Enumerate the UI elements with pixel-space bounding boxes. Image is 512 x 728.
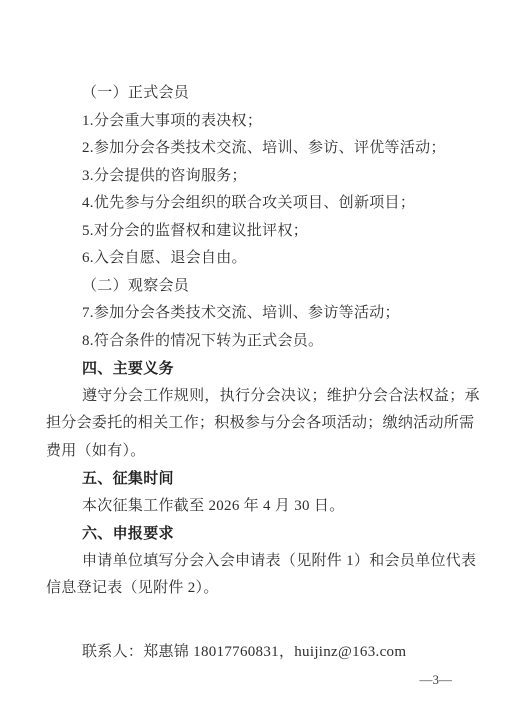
paragraph-line: 担分会委托的相关工作；积极参与分会各项活动；缴纳活动所需 — [46, 410, 466, 438]
contact-line: 联系人：郑惠锦 18017760831，huijinz@163.com — [46, 639, 466, 667]
section-heading-collection-period: 五、征集时间 — [46, 465, 466, 493]
list-item-3: 3.分会提供的咨询服务； — [46, 163, 466, 191]
page-number: —3— — [46, 666, 466, 694]
document-body: （一）正式会员 1.分会重大事项的表决权； 2.参加分会各类技术交流、培训、参访… — [46, 80, 466, 694]
paragraph-line-deadline: 本次征集工作截至 2026 年 4 月 30 日。 — [46, 493, 466, 521]
list-item-8: 8.符合条件的情况下转为正式会员。 — [46, 328, 466, 356]
subsection-label-formal-members: （一）正式会员 — [46, 80, 466, 108]
section-heading-application-requirements: 六、申报要求 — [46, 520, 466, 548]
section-heading-main-obligations: 四、主要义务 — [46, 355, 466, 383]
list-item-5: 5.对分会的监督权和建议批评权； — [46, 218, 466, 246]
list-item-4: 4.优先参与分会组织的联合攻关项目、创新项目； — [46, 190, 466, 218]
list-item-7: 7.参加分会各类技术交流、培训、参访等活动； — [46, 300, 466, 328]
list-item-6: 6.入会自愿、退会自由。 — [46, 245, 466, 273]
paragraph-line: 费用（如有）。 — [46, 438, 466, 466]
subsection-label-observer-members: （二）观察会员 — [46, 273, 466, 301]
paragraph-line: 申请单位填写分会入会申请表（见附件 1）和会员单位代表 — [46, 548, 466, 576]
document-page: （一）正式会员 1.分会重大事项的表决权； 2.参加分会各类技术交流、培训、参访… — [0, 0, 512, 728]
list-item-1: 1.分会重大事项的表决权； — [46, 108, 466, 136]
paragraph-line: 遵守分会工作规则，执行分会决议；维护分会合法权益；承 — [46, 383, 466, 411]
paragraph-line: 信息登记表（见附件 2）。 — [46, 575, 466, 603]
list-item-2: 2.参加分会各类技术交流、培训、参访、评优等活动； — [46, 135, 466, 163]
